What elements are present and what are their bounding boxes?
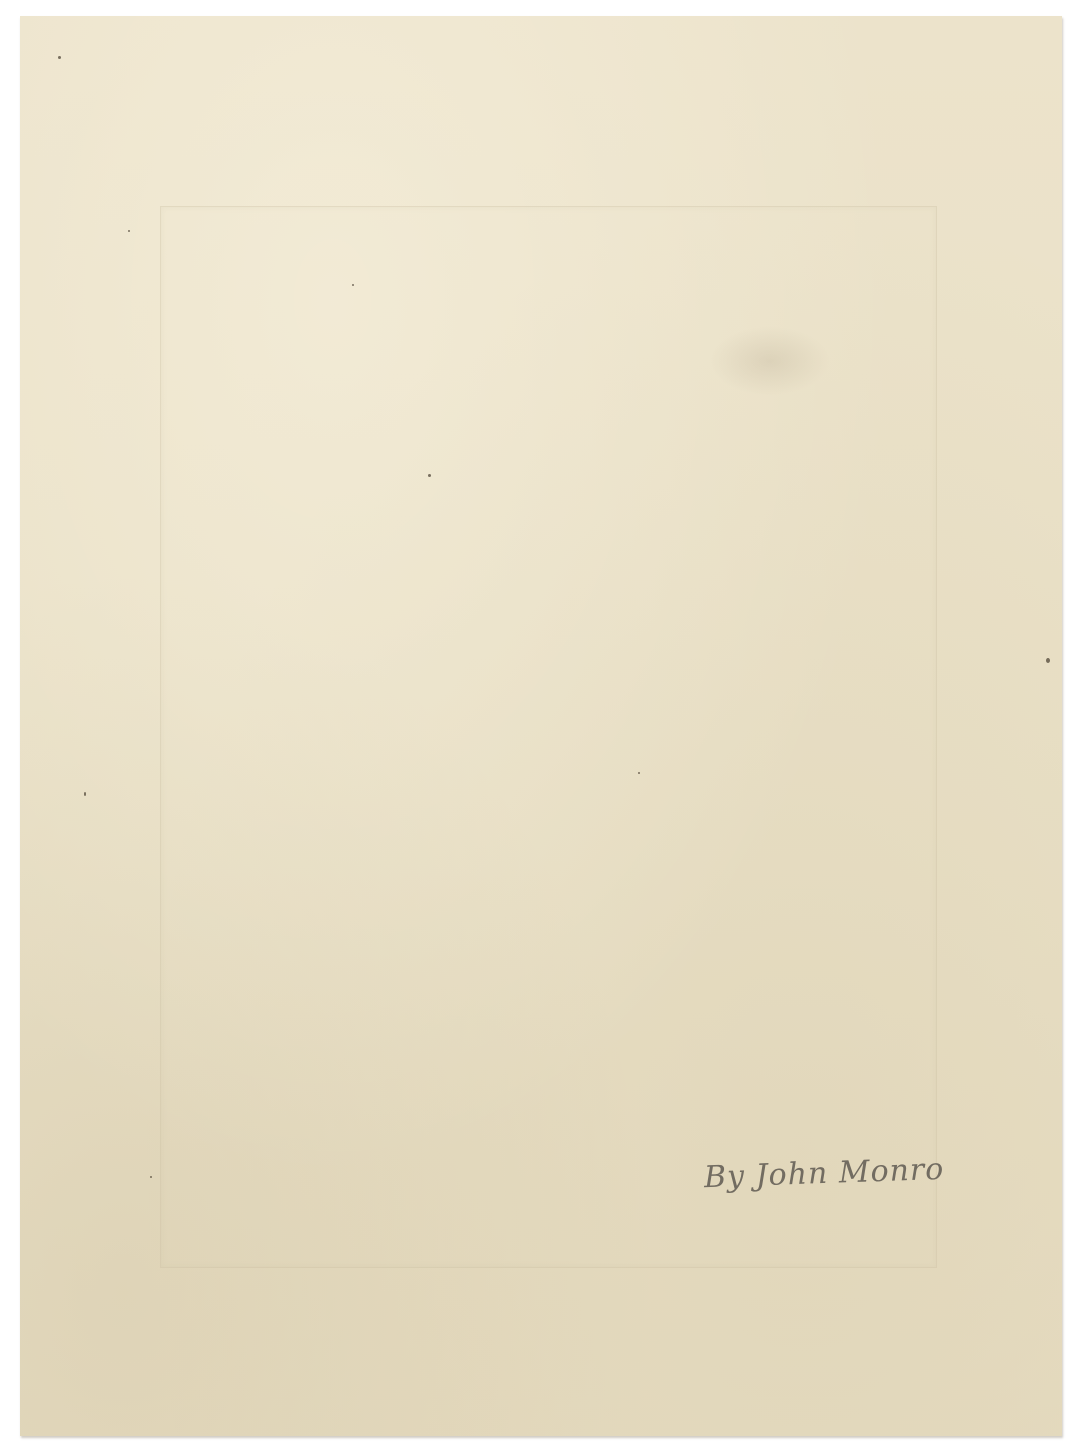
speck xyxy=(352,284,354,286)
speck xyxy=(638,772,640,774)
speck xyxy=(128,230,130,232)
smudge-mark xyxy=(710,326,830,396)
speck xyxy=(1046,658,1050,663)
speck xyxy=(428,474,431,477)
speck xyxy=(150,1176,152,1178)
speck xyxy=(84,792,86,796)
speck xyxy=(58,56,61,59)
paper-sheet: By John Monro xyxy=(20,16,1062,1436)
